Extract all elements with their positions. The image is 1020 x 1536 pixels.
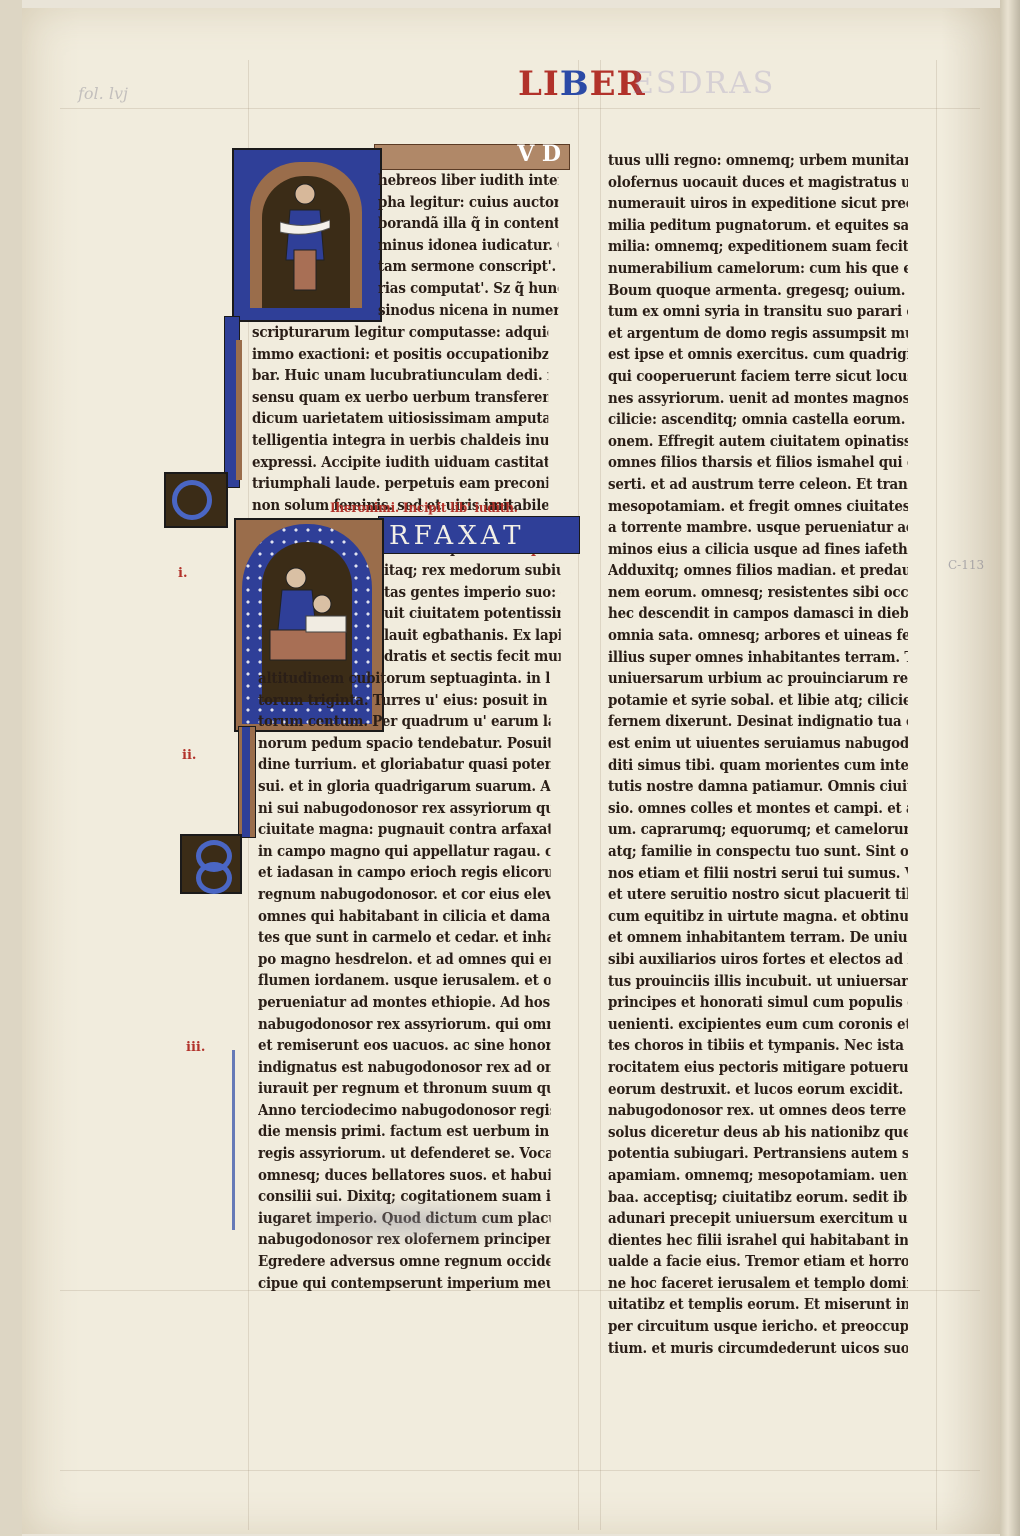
text-line: tium. et muris circumdederunt uicos suos…: [608, 1338, 908, 1360]
initial-flourish: [164, 472, 228, 528]
text-line: a torrente mambre. usque perueniatur ad …: [608, 517, 908, 539]
text-line: tuus ulli regno: omnemq; urbem munitam s…: [608, 150, 908, 172]
text-line: rocitatem eius pectoris mitigare potueru…: [608, 1057, 908, 1079]
text-line: diti simus tibi. quam morientes cum inte…: [608, 755, 908, 777]
text-line: regis assyriorum. ut defenderet se. Voca…: [258, 1143, 551, 1165]
text-line: sibi auxiliarios uiros fortes et electos…: [608, 949, 908, 971]
text-line: dine turrium. et gloriabatur quasi poten…: [258, 754, 551, 776]
text-line: telligentia integra in uerbis chaldeis i…: [252, 430, 548, 452]
chapter-number-1: i.: [178, 566, 187, 581]
text-line: dientes hec filii israhel qui habitabant…: [608, 1230, 908, 1252]
running-title-blue: B: [560, 64, 590, 104]
text-line: uniuersarum urbium ac prouinciarum reges…: [608, 668, 908, 690]
text-line: hec descendit in campos damasci in diebz…: [608, 603, 908, 625]
text-line: uitatibz et templis eorum. Et miserunt i…: [608, 1294, 908, 1316]
initial-penwork: [232, 1050, 235, 1230]
text-line: torum centum. Per quadrum u' earum latus…: [258, 711, 551, 733]
show-through-text: ESDRAS: [632, 66, 775, 101]
text-line: illius super omnes inhabitantes terram. …: [608, 647, 908, 669]
text-line: indignatus est nabugodonosor rex ad omne…: [258, 1057, 551, 1079]
text-line: borandã illa q̃ in contentione ueniũt: [378, 213, 558, 235]
text-line: onem. Effregit autem ciuitatem opinatiss…: [608, 431, 908, 453]
text-line: tas gentes imperio suo: et ipse edifica: [384, 582, 561, 604]
text-line: dicum uarietatem uitiosissimam amputauj.…: [252, 408, 548, 430]
text-line: lauit egbathanis. Ex lapidibz q̃: [384, 625, 561, 647]
text-line: regnum nabugodonosor. et cor eius elevat…: [258, 884, 551, 906]
text-line: tus prouinciis illis incubuit. ut uniuer…: [608, 971, 908, 993]
text-line: flumen iordanem. usque ierusalem. et omn…: [258, 970, 551, 992]
text-line: ciuitate magna: pugnauit contra arfaxat.…: [258, 819, 551, 841]
text-line: bar. Huic unam lucubratiunculam dedi. ma…: [252, 365, 548, 387]
text-line: immo exactioni: et positis occupationibz…: [252, 344, 548, 366]
text-line: mesopotamiam. et fregit omnes ciuitates …: [608, 496, 908, 518]
judith-holofernes-scene-icon: [266, 560, 350, 670]
prologue-text-narrow: hebreos liber iudith inter agiog' pha le…: [378, 170, 574, 321]
pencil-foliation: fol. lvj: [78, 84, 128, 103]
page-gutter: [0, 0, 22, 1536]
text-line: perueniatur ad montes ethiopie. Ad hos o…: [258, 992, 551, 1014]
judith-text-narrow: itaq; rex medorum subiugauerat mul tas g…: [384, 560, 576, 668]
text-line: ualde a facie eius. Tremor etiam et horr…: [608, 1251, 908, 1273]
text-line: Adduxitq; omnes filios madian. et predau…: [608, 560, 908, 582]
text-line: omnesq; duces bellatores suos. et habuit…: [258, 1165, 551, 1187]
prologue-banner: V D: [374, 144, 570, 170]
text-line: sinodus nicena in numero scãrum: [378, 300, 558, 322]
text-line: atq; familie in conspectu tuo sunt. Sint…: [608, 841, 908, 863]
text-line: numerauit uiros in expeditione sicut pre…: [608, 193, 908, 215]
initial-tail: [238, 726, 256, 838]
text-line: fernem dixerunt. Desinat indignatio tua …: [608, 711, 908, 733]
running-title: LIBER: [518, 64, 646, 104]
text-line: tes choros in tibiis et tympanis. Nec is…: [608, 1035, 908, 1057]
text-line: iurauit per regnum et thronum suum quod …: [258, 1078, 551, 1100]
text-line: principes et honorati simul cum populis …: [608, 992, 908, 1014]
text-line: cum equitibz in uirtute magna. et obtinu…: [608, 906, 908, 928]
banner-letters: V D: [517, 141, 561, 167]
text-line: et utere seruitio nostro sicut placuerit…: [608, 884, 908, 906]
text-line: dratis et sectis fecit muros eius: in: [384, 646, 561, 668]
text-line: per circuitum usque iericho. et preoccup…: [608, 1316, 908, 1338]
text-line: rias computat'. Sz q̃ hunc librum: [378, 278, 558, 300]
text-line: et argentum de domo regis assumpsit mult…: [608, 323, 908, 345]
text-line: expressi. Accipite iudith uiduam castita…: [252, 452, 548, 474]
text-line: tes que sunt in carmelo et cedar. et inh…: [258, 927, 551, 949]
text-line: milia peditum pugnatorum. et equites sag…: [608, 215, 908, 237]
initial-flourish: [180, 834, 242, 894]
text-line: et remiserunt eos uacuos. ac sine honore…: [258, 1035, 551, 1057]
text-line: qui cooperuerunt faciem terre sicut locu…: [608, 366, 908, 388]
text-line: hebreos liber iudith inter agiog': [378, 170, 558, 192]
chapter-number-2: ii.: [182, 748, 196, 763]
text-line: sio. omnes colles et montes et campi. et…: [608, 798, 908, 820]
text-line: et omnem inhabitantem terram. De uniuers…: [608, 927, 908, 949]
initial-tail-gold: [236, 340, 242, 480]
text-line: olofernus uocauit duces et magistratus u…: [608, 172, 908, 194]
ruling-line: [936, 60, 937, 1530]
pencil-reference: C-113: [948, 558, 984, 572]
text-line: solus diceretur deus ab his nationibz qu…: [608, 1122, 908, 1144]
text-line: pha legitur: cuius auctoritas ad ro: [378, 192, 558, 214]
text-line: omnes qui habitabant in cilicia et damas…: [258, 906, 551, 928]
text-line: sensu quam ex uerbo uerbum transferens. …: [252, 387, 548, 409]
text-line: scripturarum legitur computasse: adquieu…: [252, 322, 548, 344]
jerome-figure-icon: [280, 180, 330, 298]
ruling-line: [60, 1470, 980, 1471]
text-line: tutis nostre damna patiamur. Omnis ciuit…: [608, 776, 908, 798]
text-line: um. caprarumq; equorumq; et camelorum. e…: [608, 819, 908, 841]
text-line: numerabilium camelorum: cum his que exer…: [608, 258, 908, 280]
text-line: torum triginta. Turres u' eius: posuit i…: [258, 690, 551, 712]
text-line: itaq; rex medorum subiugauerat mul: [384, 560, 561, 582]
text-line: nabugodonosor rex assyriorum. qui omnes …: [258, 1014, 551, 1036]
text-line: tum ex omni syria in transitu suo parari…: [608, 301, 908, 323]
text-line: est ipse et omnis exercitus. cum quadrig…: [608, 344, 908, 366]
text-line: po magno hesdrelon. et ad omnes qui eran…: [258, 949, 551, 971]
text-line: potentia subiugari. Pertransiens autem s…: [608, 1143, 908, 1165]
ruling-line: [600, 60, 601, 1530]
ruling-line: [60, 108, 980, 109]
text-line: norum pedum spacio tendebatur. Posuitq; …: [258, 733, 551, 755]
right-column-text: tuus ulli regno: omnemq; urbem munitam s…: [608, 150, 934, 1359]
text-line: omnia sata. omnesq; arbores et uineas fe…: [608, 625, 908, 647]
text-line: uenienti. excipientes eum cum coronis et…: [608, 1014, 908, 1036]
water-stain: [258, 1196, 558, 1248]
text-line: milia: omnemq; expeditionem suam fecit p…: [608, 236, 908, 258]
text-line: die mensis primi. factum est uerbum in d…: [258, 1121, 551, 1143]
text-line: eorum destruxit. et lucos eorum excidit.…: [608, 1079, 908, 1101]
page-fore-edge: [1000, 0, 1020, 1536]
text-line: Boum quoque armenta. gregesq; ouium. quo…: [608, 280, 908, 302]
text-line: ni sui nabugodonosor rex assyriorum qui …: [258, 798, 551, 820]
ruling-line: [578, 60, 579, 1530]
text-line: minus idonea iudicatur. Chaldeo: [378, 235, 558, 257]
text-line: baa. acceptisq; ciuitatibz eorum. sedit …: [608, 1187, 908, 1209]
text-line: altitudinem cubitorum septuaginta. in la…: [258, 668, 551, 690]
text-line: Anno terciodecimo nabugodonosor regis. u…: [258, 1100, 551, 1122]
historiated-initial-prologue: [232, 148, 382, 322]
text-line: omnes filios tharsis et filios ismahel q…: [608, 452, 908, 474]
text-line: nabugodonosor rex. ut omnes deos terre e…: [608, 1100, 908, 1122]
text-line: serti. et ad austrum terre celeon. Et tr…: [608, 474, 908, 496]
text-line: minos eius a cilicia usque ad fines iafe…: [608, 539, 908, 561]
text-line: uit ciuitatem potentissimã. quã appel: [384, 603, 561, 625]
text-line: et iadasan in campo erioch regis elicoru…: [258, 862, 551, 884]
text-line: potamie et syrie sobal. et libie atq; ci…: [608, 690, 908, 712]
text-line: cipue qui contempserunt imperium meum. N…: [258, 1273, 551, 1295]
text-line: sui. et in gloria quadrigarum suarum. An…: [258, 776, 551, 798]
text-line: in campo magno qui appellatur ragau. cir…: [258, 841, 551, 863]
running-title-red: LI: [518, 64, 560, 104]
text-line: cilicie: ascenditq; omnia castella eorum…: [608, 409, 908, 431]
chapter-number-3: iii.: [186, 1040, 205, 1055]
chapter-banner: RFAXAT: [378, 516, 580, 554]
text-line: nem eorum. omnesq; resistentes sibi occi…: [608, 582, 908, 604]
text-line: triumphali laude. perpetuis eam preconii…: [252, 473, 548, 495]
text-line: nes assyriorum. uenit ad montes magnos a…: [608, 388, 908, 410]
text-line: adunari precepit uniuersum exercitum uir…: [608, 1208, 908, 1230]
text-line: ne hoc faceret ierusalem et templo domin…: [608, 1273, 908, 1295]
text-line: tam sermone conscript'. int' hysto: [378, 256, 558, 278]
text-line: est enim ut uiuentes seruiamus nabugodon…: [608, 733, 908, 755]
text-line: nos etiam et filii nostri serui tui sumu…: [608, 863, 908, 885]
text-line: apamiam. omnemq; mesopotamiam. uenit ad …: [608, 1165, 908, 1187]
text-line: Egredere adversus omne regnum occidentis…: [258, 1251, 551, 1273]
